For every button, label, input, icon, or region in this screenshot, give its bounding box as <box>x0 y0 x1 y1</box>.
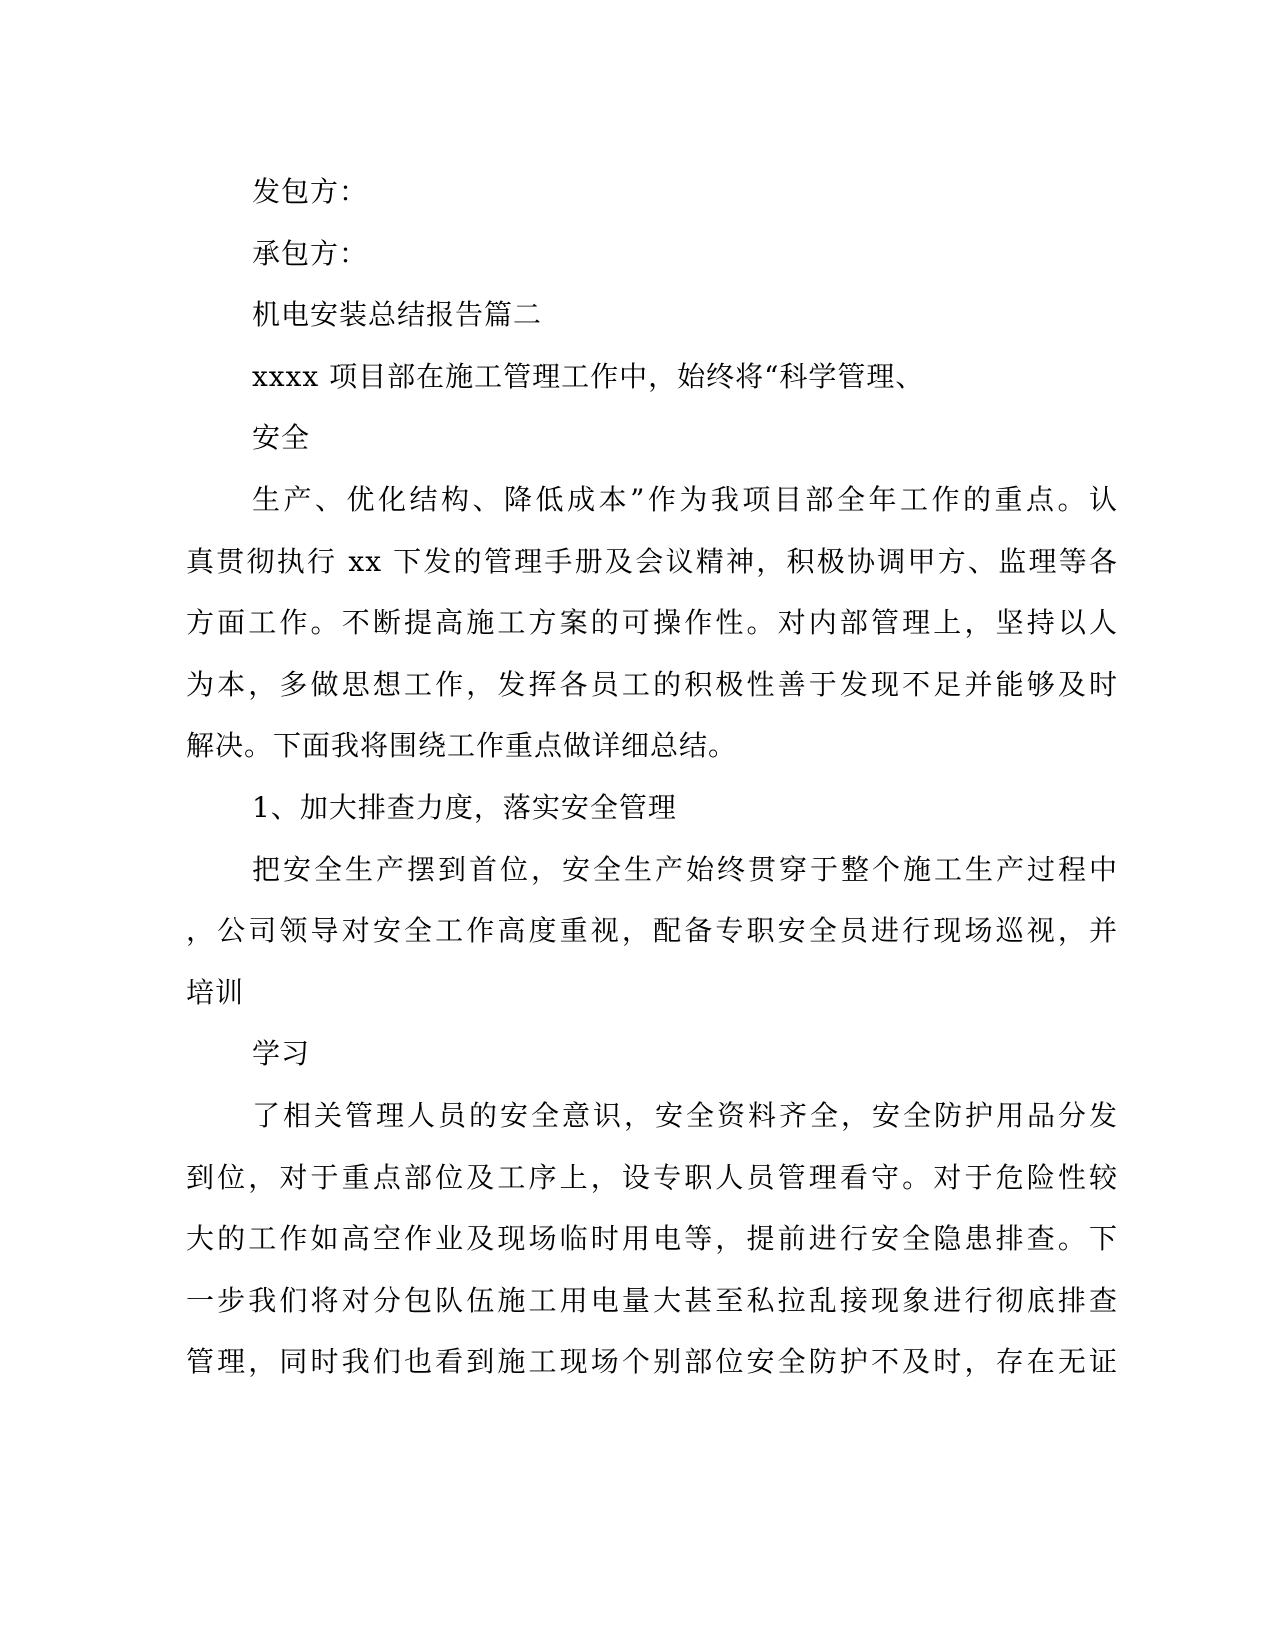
text-line: 解决。下面我将围绕工作重点做详细总结。 <box>186 715 1118 777</box>
text-line: 方面工作。不断提高施工方案的可操作性。对内部管理上，坚持以人 <box>186 592 1118 654</box>
text-line: 培训 <box>186 962 1118 1024</box>
text-line: xxxx 项目部在施工管理工作中，始终将“科学管理、 <box>186 346 1118 408</box>
text-line-contractor-party: 承包方： <box>186 223 1118 285</box>
document-text-block: 发包方： 承包方： 机电安装总结报告篇二 xxxx 项目部在施工管理工作中，始终… <box>186 161 1118 1393</box>
text-line: 一步我们将对分包队伍施工用电量大甚至私拉乱接现象进行彻底排查 <box>186 1270 1118 1332</box>
text-line: 生产、优化结构、降低成本”作为我项目部全年工作的重点。认 <box>186 469 1118 531</box>
text-line: 真贯彻执行 xx 下发的管理手册及会议精神，积极协调甲方、监理等各 <box>186 531 1118 593</box>
text-line: ，公司领导对安全工作高度重视，配备专职安全员进行现场巡视，并 <box>186 900 1118 962</box>
text-line: 把安全生产摆到首位，安全生产始终贯穿于整个施工生产过程中 <box>186 839 1118 901</box>
document-page: 发包方： 承包方： 机电安装总结报告篇二 xxxx 项目部在施工管理工作中，始终… <box>0 0 1275 1650</box>
text-line: 为本，多做思想工作，发挥各员工的积极性善于发现不足并能够及时 <box>186 654 1118 716</box>
text-line: 到位，对于重点部位及工序上，设专职人员管理看守。对于危险性较 <box>186 1147 1118 1209</box>
text-line: 管理，同时我们也看到施工现场个别部位安全防护不及时，存在无证 <box>186 1331 1118 1393</box>
text-line-section-heading: 1、加大排查力度，落实安全管理 <box>186 777 1118 839</box>
text-line-contracting-party: 发包方： <box>186 161 1118 223</box>
text-line-report-title: 机电安装总结报告篇二 <box>186 284 1118 346</box>
text-line: 大的工作如高空作业及现场临时用电等，提前进行安全隐患排查。下 <box>186 1208 1118 1270</box>
text-line: 学习 <box>186 1023 1118 1085</box>
text-line: 安全 <box>186 407 1118 469</box>
text-line: 了相关管理人员的安全意识，安全资料齐全，安全防护用品分发 <box>186 1085 1118 1147</box>
